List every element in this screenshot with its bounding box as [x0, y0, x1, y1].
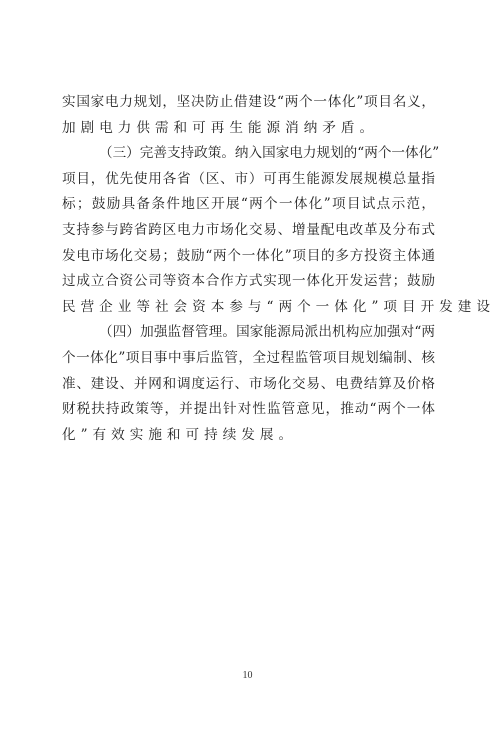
text-line-8: 过成立合资公司等资本合作方式实现一体化开发运营；鼓励 [62, 269, 435, 295]
text-line-14: 化”有效实施和可持续发展。 [62, 423, 435, 449]
text-line-9: 民营企业等社会资本参与“两个一体化”项目开发建设。 [62, 295, 435, 321]
document-page: 实国家电力规划，坚决防止借建设“两个一体化”项目名义， 加剧电力供需和可再生能源… [0, 0, 495, 752]
text-line-1: 实国家电力规划，坚决防止借建设“两个一体化”项目名义， [62, 90, 435, 116]
text-line-5: 标；鼓励具备条件地区开展“两个一体化”项目试点示范， [62, 192, 435, 218]
body-text: 实国家电力规划，坚决防止借建设“两个一体化”项目名义， 加剧电力供需和可再生能源… [62, 90, 435, 448]
text-line-2: 加剧电力供需和可再生能源消纳矛盾。 [62, 116, 435, 142]
text-line-4: 项目，优先使用各省（区、市）可再生能源发展规模总量指 [62, 167, 435, 193]
text-line-7: 发电市场化交易；鼓励“两个一体化”项目的多方投资主体通 [62, 244, 435, 270]
page-number: 10 [0, 670, 495, 681]
text-line-11: 个一体化”项目事中事后监管，全过程监管项目规划编制、核 [62, 346, 435, 372]
text-line-13: 财税扶持政策等，并提出针对性监管意见，推动“两个一体 [62, 397, 435, 423]
section-heading-3-line: （三）完善支持政策。纳入国家电力规划的“两个一体化” [62, 141, 435, 167]
text-line-6: 支持参与跨省跨区电力市场化交易、增量配电改革及分布式 [62, 218, 435, 244]
section-heading-4-line: （四）加强监督管理。国家能源局派出机构应加强对“两 [62, 320, 435, 346]
text-line-12: 准、建设、并网和调度运行、市场化交易、电费结算及价格 [62, 372, 435, 398]
